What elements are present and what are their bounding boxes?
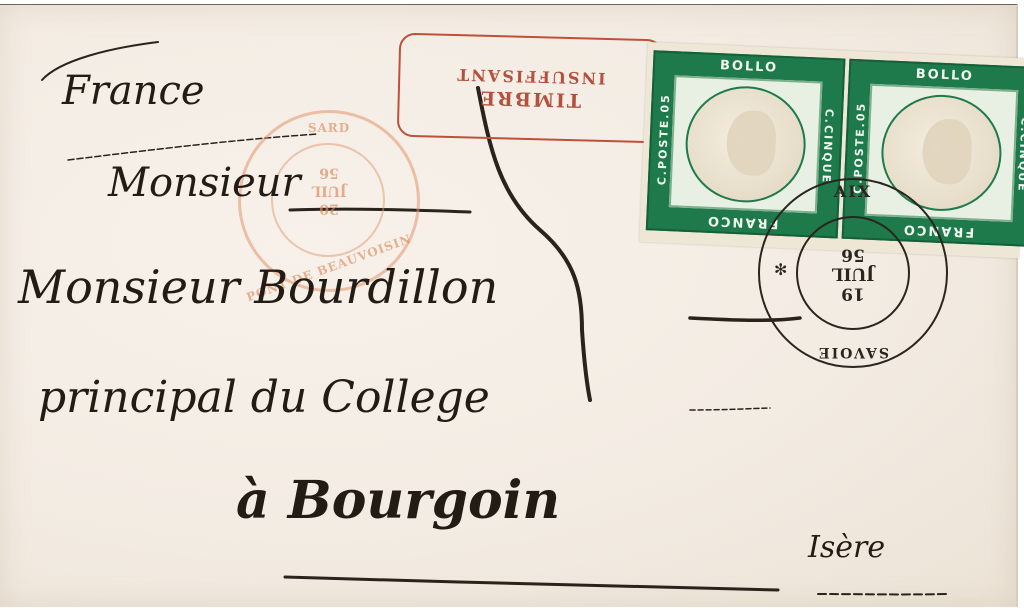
handwriting-destination: à Bourgoin xyxy=(236,470,560,531)
black-postmark-year: 56 xyxy=(760,244,946,264)
handstamp-line-1: TIMBRE xyxy=(478,85,581,111)
handwriting-addressee: Monsieur Bourdillon xyxy=(18,260,498,314)
black-postmark-day: 19 xyxy=(760,283,946,303)
king-profile-icon xyxy=(726,110,778,177)
black-postmark-bottom-text: SAVOIE xyxy=(760,344,946,360)
black-postmark-month: JUIL xyxy=(760,264,946,284)
red-postmark-top-text: SARD xyxy=(241,121,417,135)
timbre-insuffisant-handstamp: TIMBRE INSUFFISANT xyxy=(397,33,664,144)
king-profile-icon xyxy=(922,119,974,186)
handwriting-title: principal du College xyxy=(38,372,490,423)
black-postmark-town: AIX xyxy=(760,182,946,201)
black-postmark-date: 19 JUIL 56 xyxy=(760,244,946,303)
black-postmark: AIX ✻ 19 JUIL 56 SAVOIE xyxy=(758,178,948,368)
handstamp-line-2: INSUFFISANT xyxy=(455,64,606,88)
handwriting-routing: France xyxy=(62,68,205,114)
handwriting-department: Isère xyxy=(808,530,885,565)
handwriting-salutation: Monsieur xyxy=(108,160,301,206)
